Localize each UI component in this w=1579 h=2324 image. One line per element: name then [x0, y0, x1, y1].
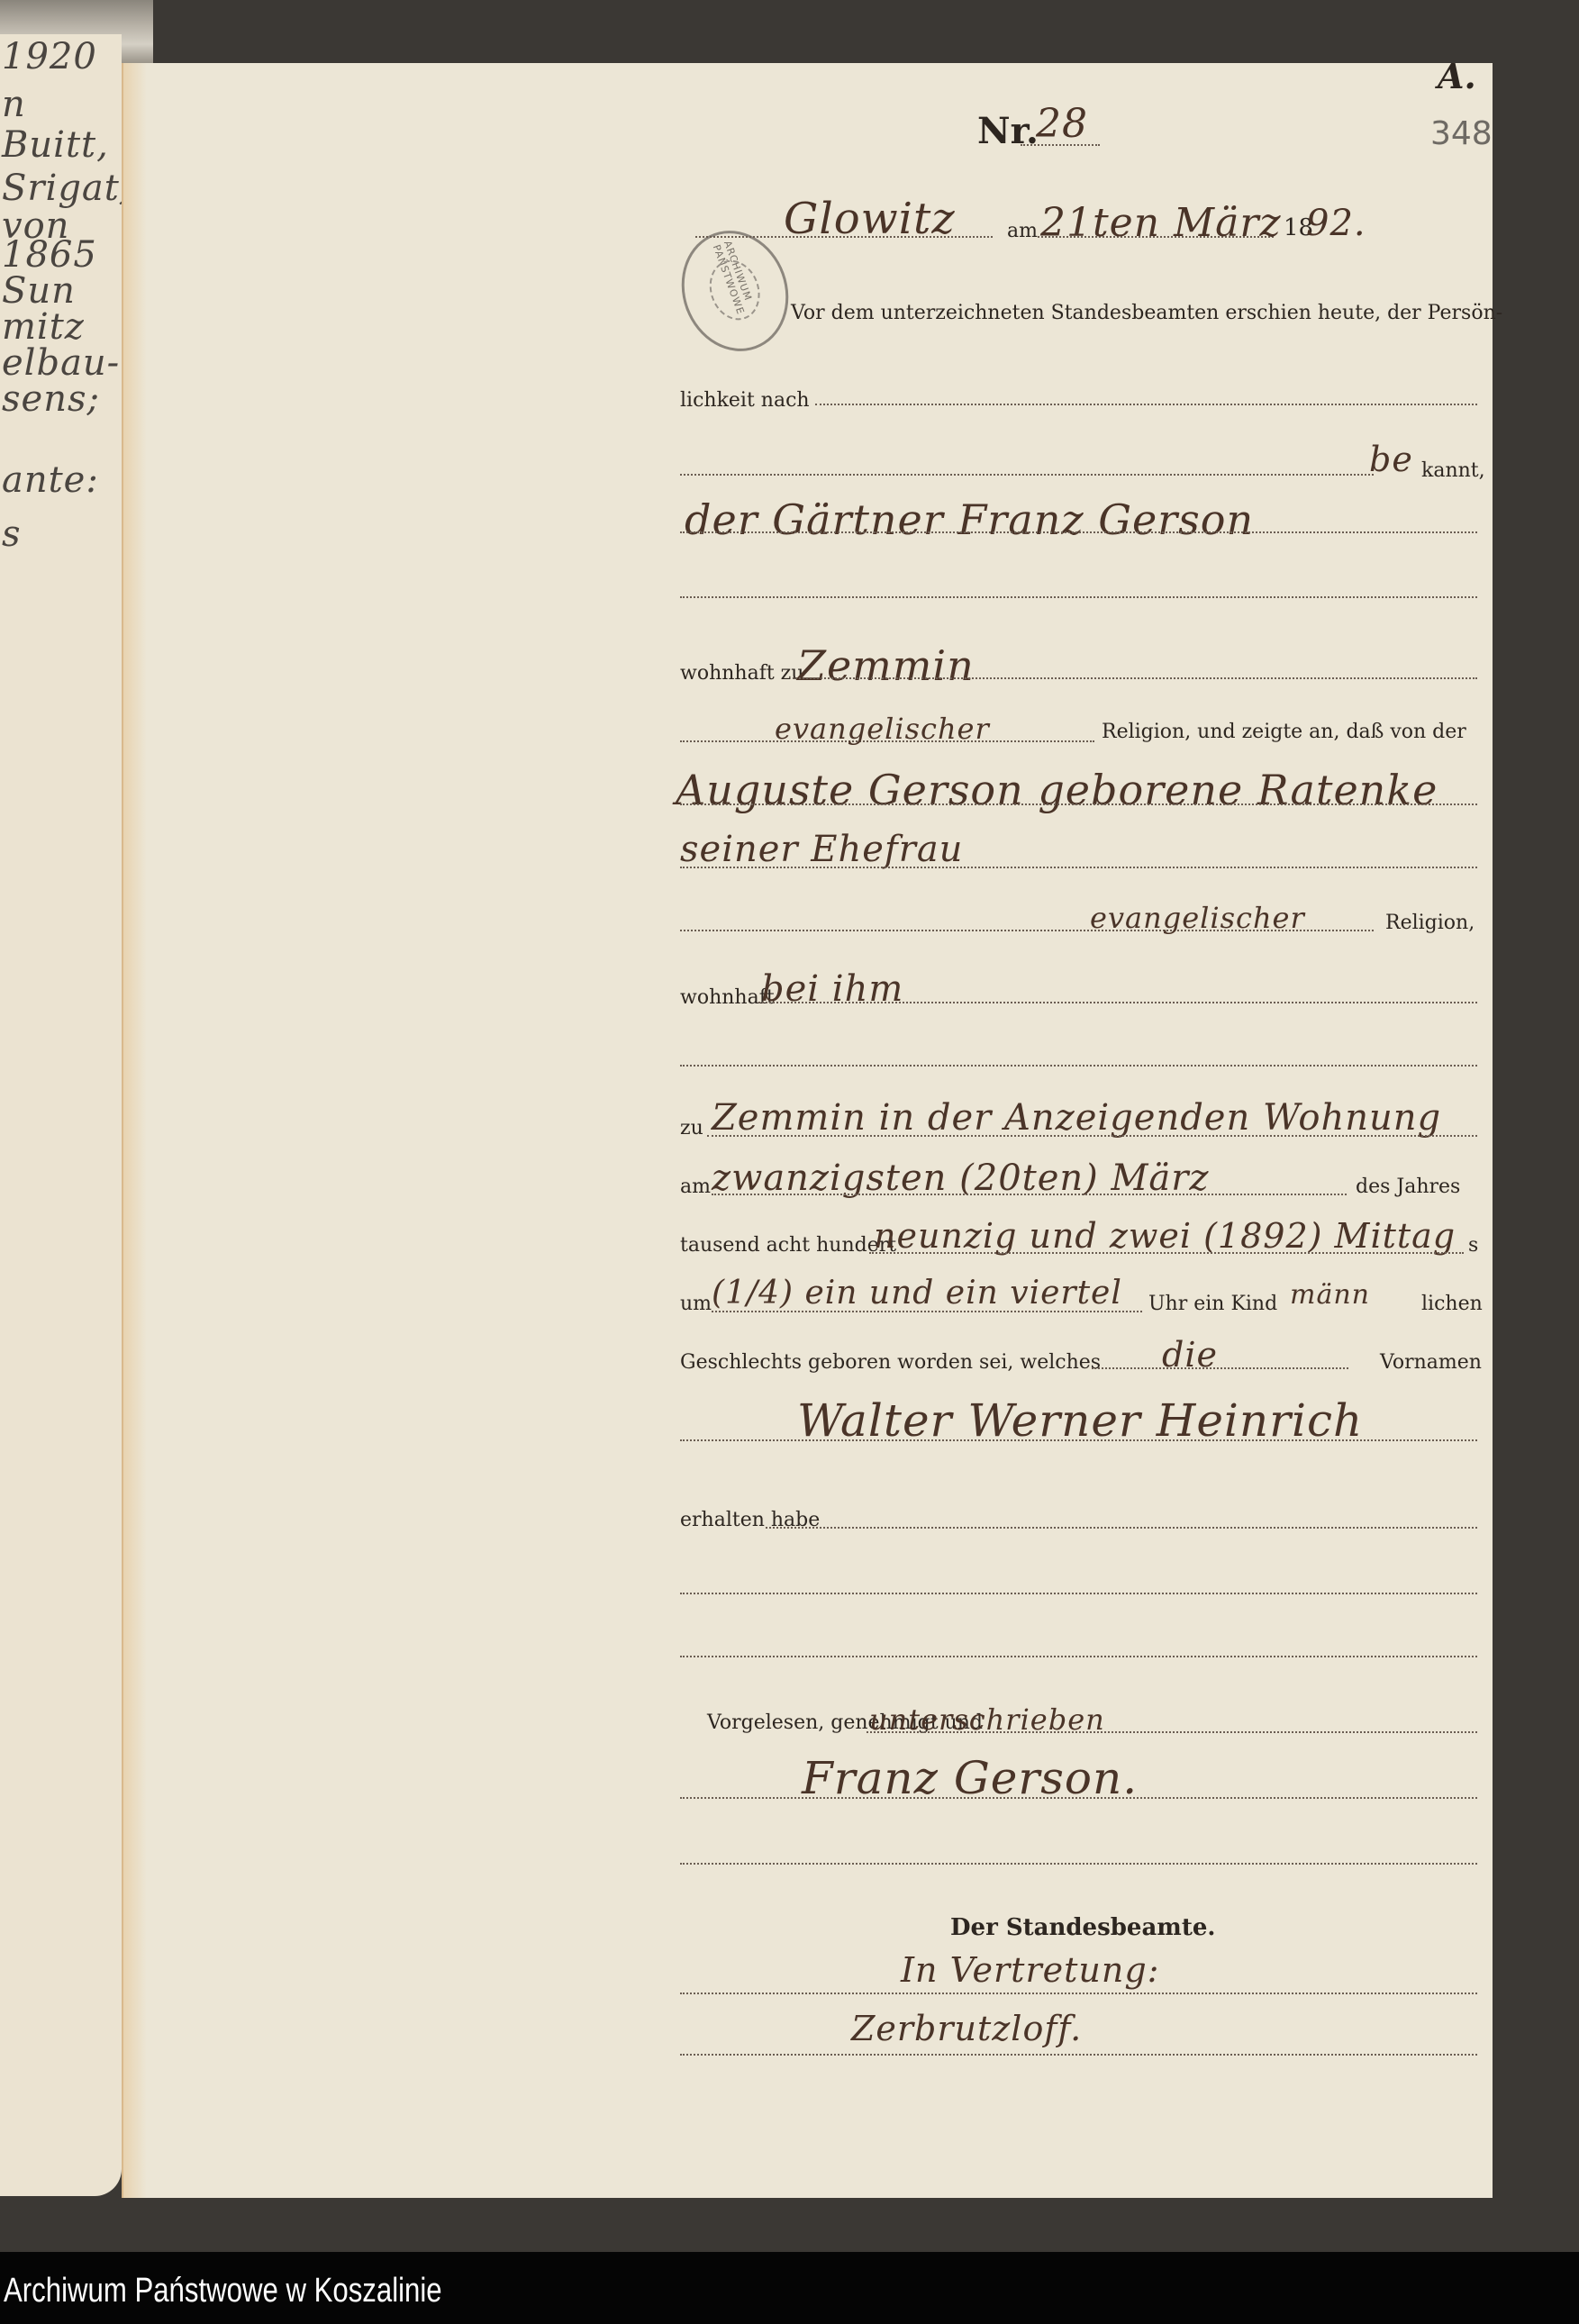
margin-note: ante: — [2, 459, 99, 501]
dotted-line — [815, 404, 1477, 405]
identity-label: lichkeit nach — [680, 389, 810, 412]
dotted-line — [680, 803, 1477, 805]
year-suffix-letter: s — [1468, 1234, 1478, 1257]
left-page: 1920 n Buitt, Srigat; von 1865 Sun mitz … — [0, 34, 122, 2196]
dotted-line — [695, 236, 993, 238]
mother-residence: bei ihm — [761, 968, 903, 1010]
registry-date: 21ten März — [1040, 200, 1282, 246]
dotted-line — [680, 474, 1374, 476]
mother-residence-label: wohnhaft — [680, 986, 775, 1009]
dotted-line — [680, 596, 1477, 598]
margin-note: n — [2, 84, 26, 125]
margin-note: Srigat; — [2, 168, 132, 209]
dotted-line — [867, 1731, 1477, 1733]
year-words-label: tausend acht hundert — [680, 1234, 896, 1257]
dotted-line — [680, 531, 1477, 533]
given-names-label: Vornamen — [1380, 1351, 1482, 1374]
stamp-text: ARCHIWUM PAŃSTWOWE — [711, 240, 764, 334]
page-letter: A. — [1438, 56, 1476, 96]
child-sex-suffix: lichen — [1421, 1293, 1483, 1315]
mother-religion: evangelischer — [1090, 901, 1305, 935]
dotted-line — [869, 1252, 1464, 1254]
dotted-line — [793, 677, 1477, 679]
gender-line-hand: die — [1162, 1335, 1218, 1375]
dotted-line — [712, 1194, 1347, 1195]
dotted-line — [680, 1863, 1477, 1865]
dotted-line — [680, 867, 1477, 868]
registrar-title: Der Standesbeamte. — [950, 1914, 1215, 1941]
dotted-line — [680, 1656, 1477, 1657]
dotted-line — [680, 1797, 1477, 1799]
informant-residence: Zemmin — [797, 641, 975, 690]
pencil-page-number: 348 — [1430, 115, 1493, 152]
birth-place: Zemmin in der Anzeigenden Wohnung — [712, 1097, 1441, 1139]
margin-note: s — [2, 513, 22, 555]
birth-day-label: am — [680, 1176, 711, 1198]
margin-note: 1920 — [2, 36, 97, 77]
bekannt-label: kannt, — [1421, 459, 1485, 482]
child-sex: männ — [1290, 1279, 1370, 1311]
gender-line: Geschlechts geboren worden sei, welches — [680, 1351, 1101, 1374]
mother-relation: seiner Ehefrau — [680, 829, 963, 870]
bekannt-prefix: be — [1369, 440, 1413, 479]
archive-name: Archiwum Państwowe w Koszalinie — [4, 2272, 442, 2310]
dotted-line — [712, 1311, 1142, 1312]
margin-note: Buitt, — [2, 124, 109, 166]
religion-label: Religion, und zeigte an, daß von der — [1102, 721, 1466, 743]
year-label: des Jahres — [1356, 1176, 1460, 1198]
year-suffix: 92. — [1306, 203, 1366, 244]
birth-year: neunzig und zwei (1892) Mittag — [874, 1216, 1456, 1256]
dotted-line — [707, 1135, 1477, 1137]
dotted-line — [1092, 1367, 1348, 1369]
informant-name: der Gärtner Franz Gerson — [685, 495, 1254, 544]
residence-label: wohnhaft zu — [680, 662, 803, 685]
dotted-line — [758, 1002, 1477, 1003]
dotted-line — [680, 2054, 1477, 2056]
child-label: Uhr ein Kind — [1148, 1293, 1277, 1315]
intro-line: Vor dem unterzeichneten Standesbeamten e… — [791, 302, 1502, 324]
dotted-line — [680, 1993, 1477, 1994]
birth-place-label: zu — [680, 1117, 703, 1139]
dotted-line — [680, 1593, 1477, 1594]
date-prefix: am — [1007, 220, 1038, 242]
record-number: 28 — [1036, 101, 1088, 147]
dotted-line — [680, 1065, 1477, 1067]
dotted-line — [680, 1439, 1477, 1441]
registrar-signature-line2: Zerbrutzloff. — [851, 2009, 1082, 2048]
time-label: um — [680, 1293, 712, 1315]
mother-name: Auguste Gerson geborene Ratenke — [676, 766, 1438, 814]
birth-time: (1/4) ein und ein viertel — [712, 1275, 1122, 1312]
informant-religion: evangelischer — [775, 712, 990, 746]
dotted-line — [766, 1527, 1477, 1529]
archive-footer-bar: Archiwum Państwowe w Koszalinie — [0, 2252, 1579, 2324]
mother-religion-label: Religion, — [1385, 912, 1475, 934]
registrar-signature-line1: In Vertretung: — [901, 1950, 1159, 1990]
margin-note: sens; — [2, 378, 100, 420]
